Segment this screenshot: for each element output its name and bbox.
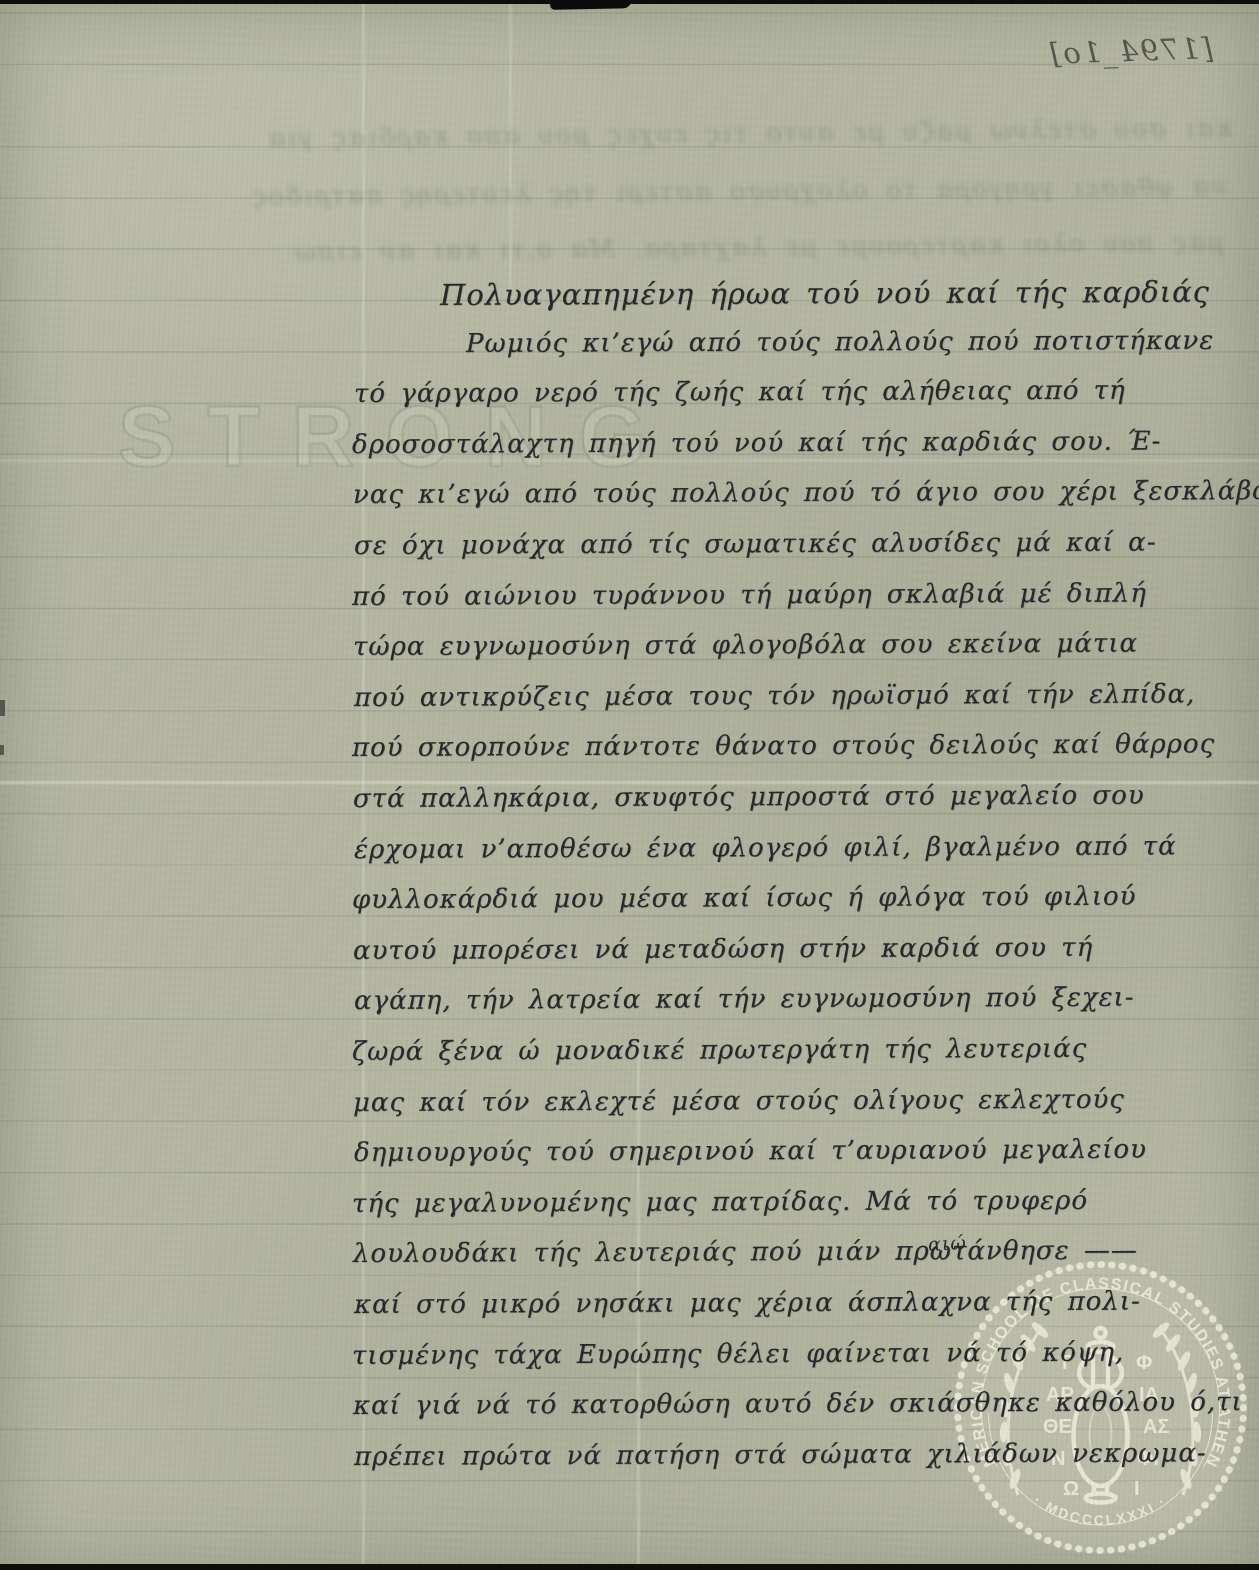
interlinear-insertion: αιώ	[927, 1232, 967, 1256]
letter-body: Πολυαγαπημένη ήρωα τού νού καί τής καρδι…	[0, 0, 1259, 1570]
letter-line: πρέπει πρώτα νά πατήση στά σώματα χιλιάδ…	[354, 1438, 1207, 1472]
letter-line: πό τού αιώνιου τυράννου τή μαύρη σκλαβιά…	[352, 578, 1147, 611]
letter-line: πού αντικρύζεις μέσα τους τόν ηρωϊσμό κα…	[354, 679, 1195, 713]
scan-edge-speck	[0, 745, 4, 755]
letter-line: νας κι’εγώ από τούς πολλούς πού τό άγιο …	[353, 476, 1259, 510]
letter-line: Πολυαγαπημένη ήρωα τού νού καί τής καρδι…	[440, 275, 1210, 312]
letter-line: μας καί τόν εκλεχτέ μέσα στούς ολίγους ε…	[353, 1084, 1125, 1117]
letter-line: καί γιά νά τό κατορθώση αυτό δέν σκιάσθη…	[353, 1387, 1243, 1421]
letter-line: Ρωμιός κι’εγώ από τούς πολλούς πού ποτισ…	[466, 325, 1214, 358]
scan-artifact-blob	[550, 0, 632, 10]
archival-number-annotation: [1794_1ο]	[1047, 31, 1213, 71]
letter-line: φυλλοκάρδιά μου μέσα καί ίσως ή φλόγα το…	[352, 882, 1137, 915]
letter-line: πού σκορπούνε πάντοτε θάνατο στούς δειλο…	[352, 730, 1215, 764]
letter-line: στά παλληκάρια, σκυφτός μπροστά στό μεγα…	[353, 781, 1145, 814]
letter-line: αγάπη, τήν λατρεία καί τήν ευγνωμοσύνη π…	[354, 983, 1135, 1016]
letter-line: τισμένης τάχα Ευρώπης θέλει φαίνεται νά …	[352, 1337, 1124, 1370]
letter-line: τώρα ευγνωμοσύνη στά φλογοβόλα σου εκείν…	[353, 629, 1138, 662]
letter-scan-page: STRONG και σου στελνω μαζυ με αυτο τις ε…	[0, 0, 1259, 1570]
letter-line: αυτού μπορέσει νά μεταδώση στήν καρδιά σ…	[353, 933, 1093, 966]
letter-line: δημιουργούς τού σημερινού καί τ’αυριανού…	[354, 1135, 1147, 1168]
letter-line: λουλουδάκι τής λευτεριάς πού μιάν πρωτάν…	[353, 1236, 1138, 1269]
letter-line: σε όχι μονάχα από τίς σωματικές αλυσίδες…	[354, 527, 1157, 561]
letter-line: καί στό μικρό νησάκι μας χέρια άσπλαχνα …	[354, 1287, 1141, 1320]
letter-line: ζωρά ξένα ώ μοναδικέ πρωτεργάτη τής λευτ…	[352, 1034, 1087, 1067]
letter-line: δροσοστάλαχτη πηγή τού νού καί τής καρδι…	[352, 426, 1161, 460]
letter-line: τής μεγαλυνομένης μας πατρίδας. Μά τό τρ…	[352, 1186, 1088, 1219]
letter-line: έρχομαι ν’αποθέσω ένα φλογερό φιλί, βγαλ…	[354, 831, 1177, 865]
letter-line: τό γάργαρο νερό τής ζωής καί τής αλήθεια…	[354, 376, 1126, 409]
scan-edge-speck	[0, 700, 5, 716]
scan-edge-bottom	[0, 1564, 1259, 1570]
